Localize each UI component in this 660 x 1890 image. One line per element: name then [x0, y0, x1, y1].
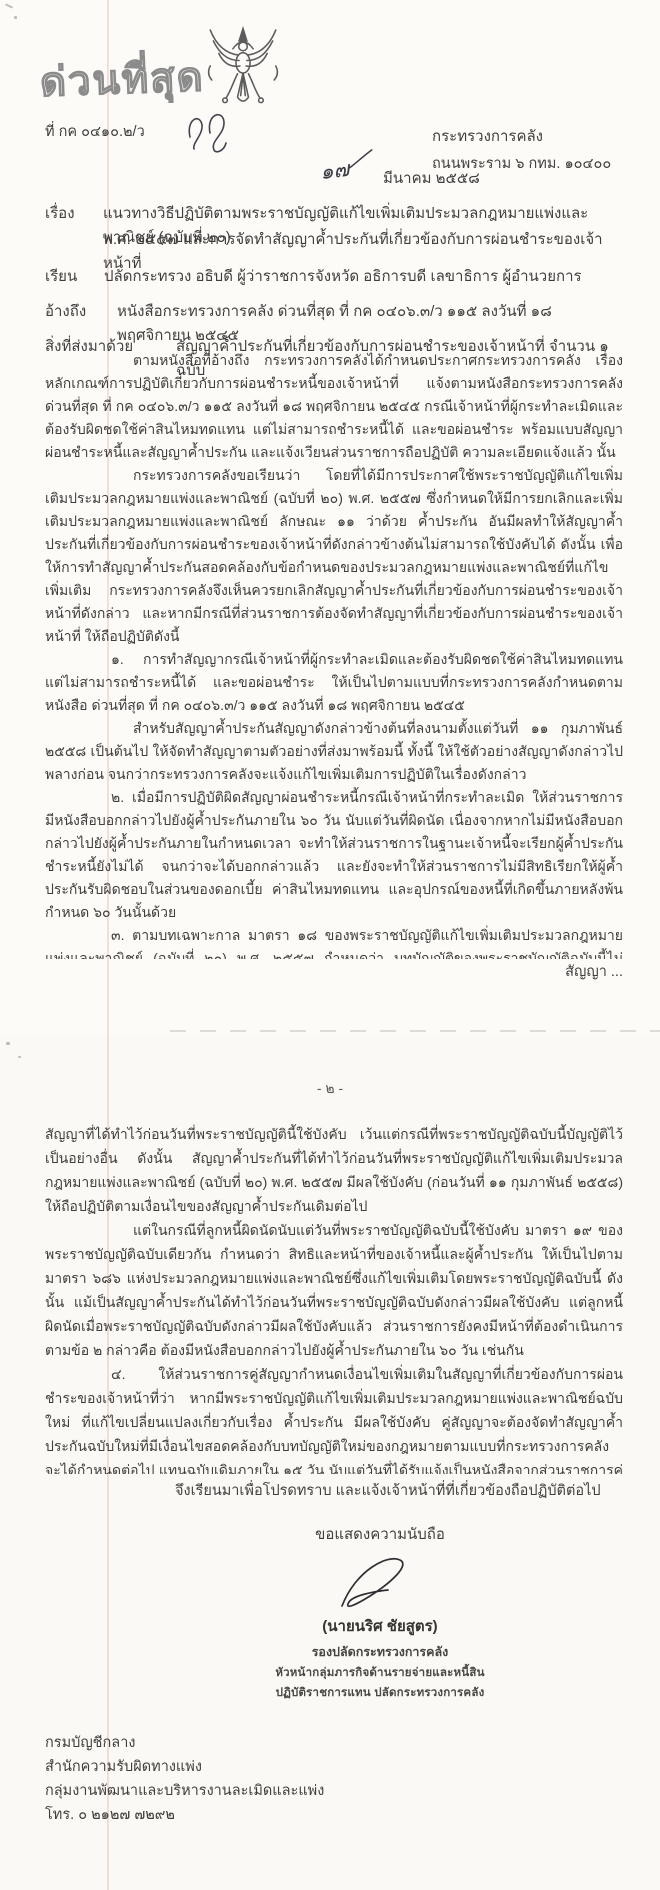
paragraph-item-3: ๓. ตามบทเฉพาะกาล มาตรา ๑๘ ของพระราชบัญญั…: [45, 924, 623, 959]
garuda-emblem-icon: [204, 24, 282, 136]
footer-bureau: สำนักความรับผิดทางแพ่ง: [45, 1755, 202, 1778]
to-recipients: ปลัดกระทรวง อธิบดี ผู้ว่าราชการจังหวัด อ…: [104, 264, 624, 288]
paragraph: สำหรับสัญญาค้ำประกันสัญญาดังกล่าวข้างต้น…: [45, 717, 623, 786]
salutation: ขอแสดงความนับถือ: [230, 1522, 530, 1546]
subject-label: เรื่อง: [45, 201, 75, 225]
scanned-letter: ด่วนที่สุด ที่ กค ๐๔๑๐.๒/ว กระทรวงกา: [0, 0, 660, 1890]
paragraph-item-4: ๔. ให้ส่วนราชการคู่สัญญากำหนดเงื่อนไขเพิ…: [45, 1362, 623, 1474]
page2-body: สัญญาที่ได้ทำไว้ก่อนวันที่พระราชบัญญัติน…: [45, 1122, 623, 1474]
signer-name: (นายนริศ ชัยสูตร): [230, 1614, 530, 1638]
scan-speck: [18, 1056, 21, 1058]
footer-group: กลุ่มงานพัฒนาและบริหารงานละเมิดและแพ่ง: [45, 1779, 324, 1802]
paragraph: ตามหนังสือที่อ้างถึง กระทรวงการคลังได้กำ…: [45, 349, 623, 464]
page-number: - ๒ -: [0, 1078, 660, 1100]
footer-department: กรมบัญชีกลาง: [45, 1731, 135, 1754]
signer-title-2: หัวหน้ากลุ่มภารกิจด้านรายจ่ายและหนี้สิน: [230, 1664, 530, 1682]
signature-block: ขอแสดงความนับถือ (นายนริศ ชัยสูตร) รองปล…: [230, 1522, 530, 1704]
handwritten-day-text: ๑๗: [319, 158, 351, 184]
ref-number: ที่ กค ๐๔๑๐.๒/ว: [45, 120, 145, 143]
to-label: เรียน: [45, 264, 77, 288]
continuation-marker: สัญญา ...: [45, 960, 623, 983]
ministry-name: กระทรวงการคลัง: [432, 124, 543, 148]
paragraph-item-2: ๒. เมื่อมีการปฏิบัติผิดสัญญาผ่อนชำระหนี้…: [45, 786, 623, 924]
signer-title-1: รองปลัดกระทรวงการคลัง: [230, 1642, 530, 1662]
page-break-artifact: [170, 1030, 660, 1032]
paragraph: สัญญาที่ได้ทำไว้ก่อนวันที่พระราชบัญญัติน…: [45, 1122, 623, 1218]
scan-speck: [14, 16, 17, 19]
reference-label: อ้างถึง: [45, 299, 86, 323]
paragraph: กระทรวงการคลังขอเรียนว่า โดยที่ได้มีการป…: [45, 464, 623, 648]
paragraph-item-1: ๑. การทำสัญญากรณีเจ้าหน้าที่ผู้กระทำละเม…: [45, 648, 623, 717]
signer-title-3: ปฏิบัติราชการแทน ปลัดกระทรวงการคลัง: [230, 1684, 530, 1702]
paragraph: แต่ในกรณีที่ลูกหนี้ผิดนัดนับแต่วันที่พระ…: [45, 1218, 623, 1362]
scan-speck: [5, 3, 13, 8]
handwritten-tick: [347, 149, 375, 170]
footer-phone: โทร. ๐ ๒๑๒๗ ๗๒๙๒: [45, 1803, 175, 1826]
page1-body: ตามหนังสือที่อ้างถึง กระทรวงการคลังได้กำ…: [45, 349, 623, 959]
date-line: มีนาคม ๒๕๕๘: [383, 166, 480, 190]
scan-speck: [6, 1042, 10, 1045]
handwritten-day: ๑๗: [318, 149, 377, 189]
closing-line: จึงเรียนมาเพื่อโปรดทราบ และแจ้งเจ้าหน้าท…: [175, 1479, 601, 1502]
urgency-stamp: ด่วนที่สุด: [39, 53, 205, 107]
handwritten-signature: [334, 1552, 426, 1610]
